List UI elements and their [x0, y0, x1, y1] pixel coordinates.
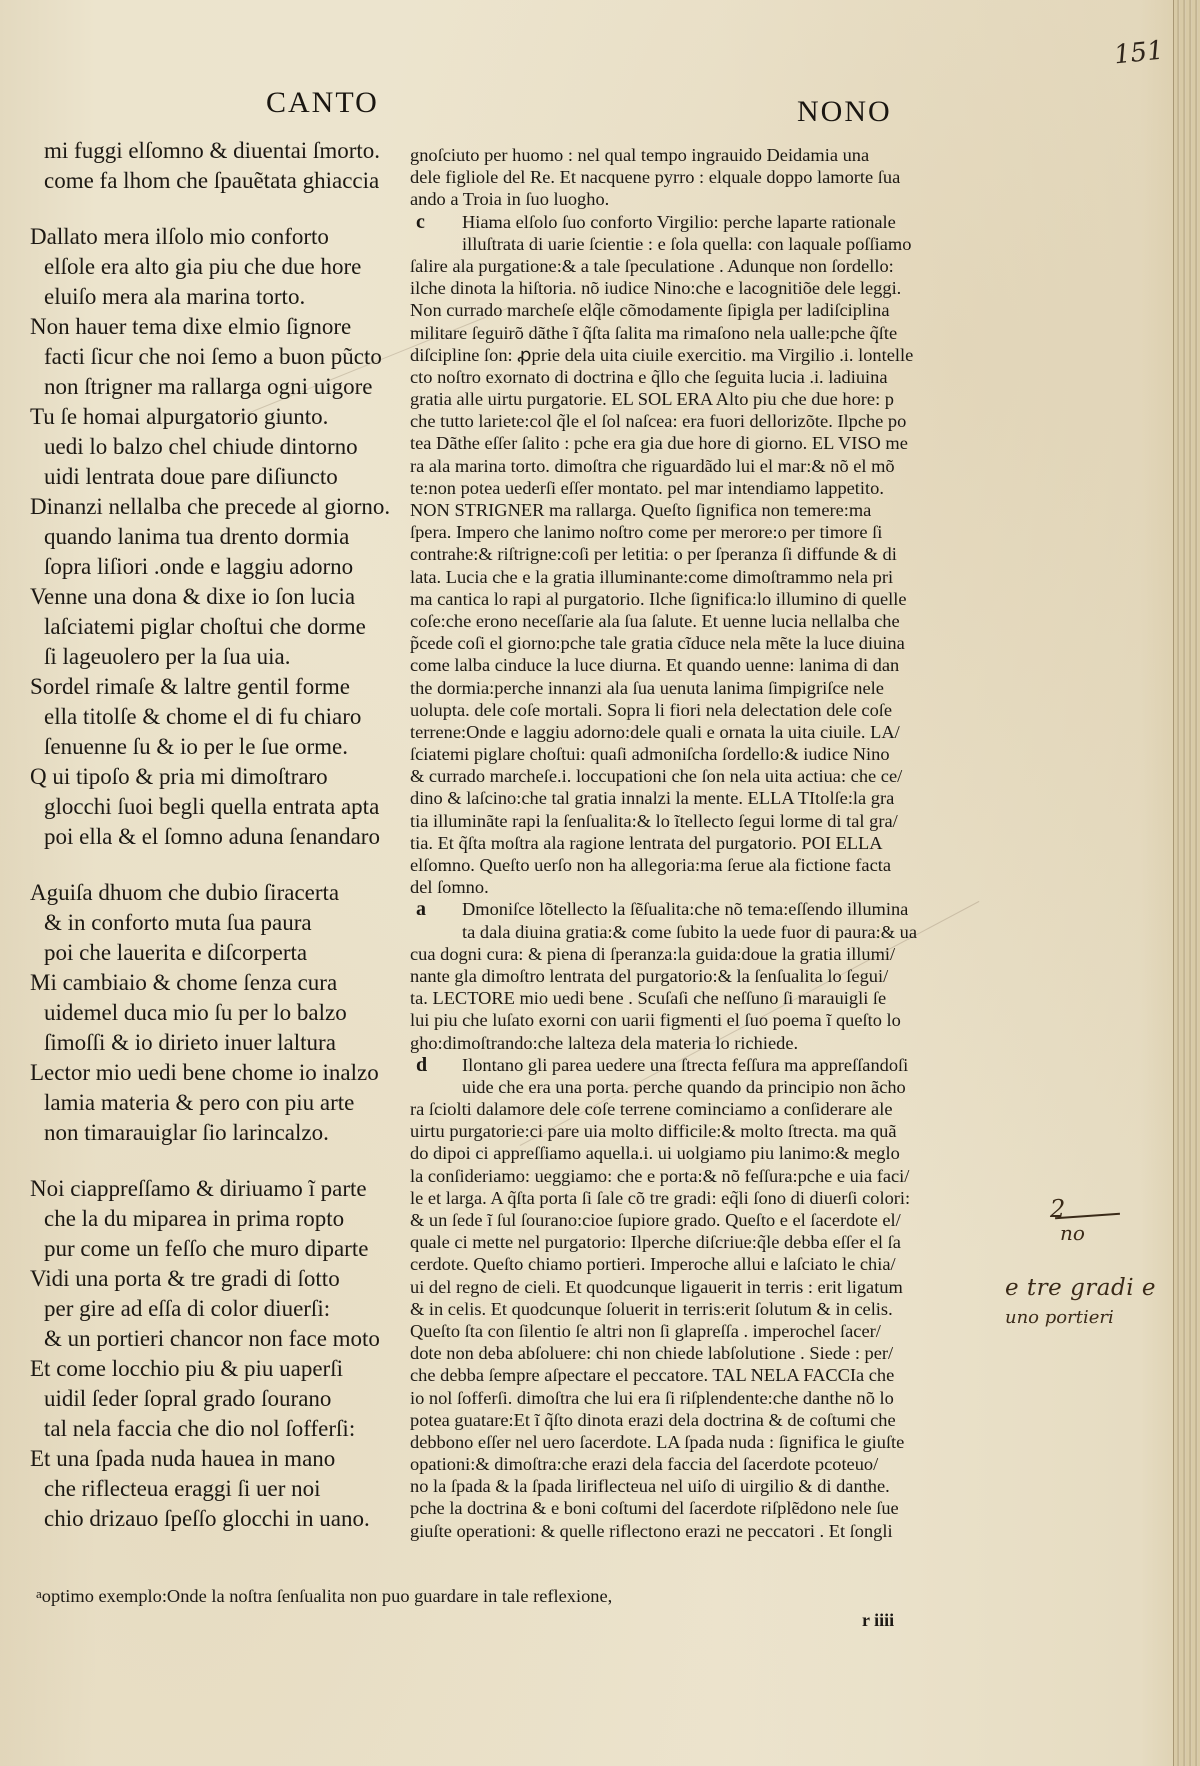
verse-line: ella titolſe & chome el di fu chiaro — [30, 702, 410, 732]
commentary-line: che debba ſempre aſpectare el peccatore.… — [410, 1364, 1010, 1386]
commentary-line: the dormia:perche innanzi ala ſua uenuta… — [410, 677, 1010, 699]
verse-line: eluiſo mera ala marina torto. — [30, 282, 410, 312]
verse-line: poi che lauerita e diſcorperta — [30, 938, 410, 968]
gloss-letter: a — [410, 898, 462, 920]
commentary-line: potea guatare:Et ĩ q̃ſto dinota erazi de… — [410, 1409, 1010, 1431]
verse-line: Tu ſe homai alpurgatorio giunto. — [30, 402, 410, 432]
commentary-line: p̃cede coſi el giorno:pche tale gratia c… — [410, 632, 1010, 654]
commentary-line: quale ci mette nel purgatorio: Ilperche … — [410, 1231, 1010, 1253]
commentary-line: ando a Troia in ſuo luogho. — [410, 188, 1010, 210]
commentary-line: & currado marcheſe.i. loccupationi che ſ… — [410, 765, 1010, 787]
verse-line: ſenuenne ſu & io per le ſue orme. — [30, 732, 410, 762]
commentary-line: ma cantica lo rapi al purgatorio. Ilche … — [410, 588, 1010, 610]
commentary-line: la conſideriamo: ueggiamo: che e porta:&… — [410, 1165, 1010, 1187]
verse-line: Non hauer tema dixe elmio ſignore — [30, 312, 410, 342]
verse-line: uidil ſeder ſopral grado ſourano — [30, 1384, 410, 1414]
verse-line: Noi ciappreſſamo & diriuamo ĩ parte — [30, 1174, 410, 1204]
verse-line: uedi lo balzo chel chiude dintorno — [30, 432, 410, 462]
commentary-line: gnoſciuto per huomo : nel qual tempo ing… — [410, 144, 1010, 166]
commentary-line: tia. Et q̃ſta moſtra ala ragione lentrat… — [410, 832, 1010, 854]
commentary-line: dino & laſcino:che tal gratia innalzi la… — [410, 787, 1010, 809]
commentary-line: cua dogni cura: & piena di ſperanza:la g… — [410, 943, 1010, 965]
verse-line: che riflecteua eraggi ſi uer noi — [30, 1474, 410, 1504]
commentary-line: te:non potea uederſi eſſer montato. pel … — [410, 477, 1010, 499]
tercet-gap — [30, 852, 410, 878]
commentary-line: ta dala diuina gratia:& come ſubito la u… — [410, 921, 1010, 943]
verse-line: lamia materia & pero con piu arte — [30, 1088, 410, 1118]
verse-line: ſopra liſiori .onde e laggiu adorno — [30, 552, 410, 582]
handwritten-marginalia: 2 no e tre gradi e uno portieri — [1005, 1195, 1185, 1335]
commentary-line: coſe:che erono neceſſarie ala ſua ſalute… — [410, 610, 1010, 632]
verse-line: per gire ad eſſa di color diuerſi: — [30, 1294, 410, 1324]
verse-line: Venne una dona & dixe io ſon lucia — [30, 582, 410, 612]
verse-line: Mi cambiaio & chome ſenza cura — [30, 968, 410, 998]
verse-line: glocchi ſuoi begli quella entrata apta — [30, 792, 410, 822]
folio-number: 151 — [1113, 35, 1166, 70]
verse-line: Aguiſa dhuom che dubio ſiracerta — [30, 878, 410, 908]
verse-line: tal nela faccia che dio nol ſofferſi: — [30, 1414, 410, 1444]
commentary-line: terrene:Onde e laggiu adorno:dele quali … — [410, 721, 1010, 743]
commentary-line: diſcipline ſon: ꝓprie dela uita ciuile e… — [410, 344, 1010, 366]
verse-line: laſciatemi piglar choſtui che dorme — [30, 612, 410, 642]
commentary-line: gho:dimoſtrando:che lalteza dela materia… — [410, 1032, 1010, 1054]
commentary-line: elſomno. Queſto uerſo non ha allegoria:m… — [410, 854, 1010, 876]
commentary-line: gratia alle uirtu purgatorie. EL SOL ERA… — [410, 388, 1010, 410]
commentary-line: giuſte operationi: & quelle riflectono e… — [410, 1520, 1010, 1542]
commentary-line: ra ala marina torto. dimoſtra che riguar… — [410, 455, 1010, 477]
commentary-line: contrahe:& riſtrigne:coſi per letitia: o… — [410, 543, 1010, 565]
commentary-line: cto noſtro exornato di doctrina e q̃llo … — [410, 366, 1010, 388]
verse-line: Vidi una porta & tre gradi di ſotto — [30, 1264, 410, 1294]
commentary-line: & in celis. Et quodcunque ſoluerit in te… — [410, 1298, 1010, 1320]
commentary-line: opationi:& dimoſtra:che erazi dela facci… — [410, 1453, 1010, 1475]
commentary-line: illuſtrata di uarie ſcientie : e ſola qu… — [410, 233, 1010, 255]
verse-line: Lector mio uedi bene chome io inalzo — [30, 1058, 410, 1088]
commentary-line: ilche dinota la hiſtoria. nõ iudice Nino… — [410, 277, 1010, 299]
commentary-line: io nol ſofferſi. dimoſtra che lui era ſi… — [410, 1387, 1010, 1409]
tercet-gap — [30, 1148, 410, 1174]
commentary-line: dele figliole del Re. Et nacquene pyrro … — [410, 166, 1010, 188]
marginalia-line-2: no — [1060, 1221, 1085, 1245]
verse-line: non timarauiglar ſio larincalzo. — [30, 1118, 410, 1148]
commentary-line: NON STRIGNER ma rallarga. Queſto ſignifi… — [410, 499, 1010, 521]
commentary-line: uirtu purgatorie:ci pare uia molto diffi… — [410, 1120, 1010, 1142]
verse-line: Dallato mera ilſolo mio conforto — [30, 222, 410, 252]
verse-line: non ſtrigner ma rallarga ogni uigore — [30, 372, 410, 402]
verse-line: chio drizauo ſpeſſo glocchi in uano. — [30, 1504, 410, 1534]
verse-column: mi fuggi elſomno & diuentai ſmorto.come … — [30, 136, 410, 1534]
commentary-line: ra ſciolti dalamore dele coſe terrene co… — [410, 1098, 1010, 1120]
verse-line: che la du miparea in prima ropto — [30, 1204, 410, 1234]
commentary-line: debbono eſſer nel uero ſacerdote. LA ſpa… — [410, 1431, 1010, 1453]
commentary-line: tea Dãthe eſſer ſalito : pche era gia du… — [410, 432, 1010, 454]
running-head-right: NONO — [797, 95, 892, 129]
gloss-start-line: cHiama elſolo ſuo conforto Virgilio: per… — [410, 211, 1010, 233]
commentary-line: dote non deba abſoluere: chi non chiede … — [410, 1342, 1010, 1364]
verse-line: Et una ſpada nuda hauea in mano — [30, 1444, 410, 1474]
verse-line: Dinanzi nellalba che precede al giorno. — [30, 492, 410, 522]
commentary-line: ſalire ala purgatione:& a tale ſpeculati… — [410, 255, 1010, 277]
gloss-letter: d — [410, 1054, 462, 1076]
verse-line: quando lanima tua drento dormia — [30, 522, 410, 552]
commentary-line: ſciatemi piglare choſtui: quaſi admoniſc… — [410, 743, 1010, 765]
commentary-line: ſpera. Impero che lanimo noſtro come per… — [410, 521, 1010, 543]
gloss-text: Hiama elſolo ſuo conforto Virgilio: perc… — [462, 212, 896, 232]
commentary-line: militare ſeguirõ dãthe ĩ q̃ſta ſalita ma… — [410, 322, 1010, 344]
commentary-line: cerdote. Queſto chiamo portieri. Imperoc… — [410, 1253, 1010, 1275]
commentary-line: & un ſede ĩ ſul ſourano:cioe ſupiore gra… — [410, 1209, 1010, 1231]
commentary-line: tia illuminãte rapi la ſenſualita:& lo ĩ… — [410, 810, 1010, 832]
verse-line: uidi lentrata doue pare diſiuncto — [30, 462, 410, 492]
commentary-line: pche la doctrina & e boni coſtumi del ſa… — [410, 1497, 1010, 1519]
verse-line: Et come locchio piu & piu uaperſi — [30, 1354, 410, 1384]
gloss-letter: c — [410, 211, 462, 233]
commentary-line: che tutto lariete:col q̃le el ſol naſcea… — [410, 410, 1010, 432]
commentary-line: ui del regno de cieli. Et quodcunque lig… — [410, 1276, 1010, 1298]
commentary-line: no la ſpada & la ſpada liriflecteua nel … — [410, 1475, 1010, 1497]
verse-line: pur come un feſſo che muro diparte — [30, 1234, 410, 1264]
gloss-start-line: aDmoniſce lõtellecto la ſẽſualita:che nõ… — [410, 898, 1010, 920]
gloss-text: Dmoniſce lõtellecto la ſẽſualita:che nõ … — [462, 899, 908, 919]
commentary-line: le et larga. A q̃ſta porta ſi ſale cõ tr… — [410, 1187, 1010, 1209]
verse-line: facti ſicur che noi ſemo a buon pũcto — [30, 342, 410, 372]
verse-line: poi ella & el ſomno aduna ſenandaro — [30, 822, 410, 852]
verse-line: uidemel duca mio ſu per lo balzo — [30, 998, 410, 1028]
commentary-line: lui piu che luſato exorni con uarii figm… — [410, 1009, 1010, 1031]
verse-line: mi fuggi elſomno & diuentai ſmorto. — [30, 136, 410, 166]
verse-line: ſimoſſi & io dirieto inuer laltura — [30, 1028, 410, 1058]
verse-line: come fa lhom che ſpauẽtata ghiaccia — [30, 166, 410, 196]
commentary-line: uide che era una porta. perche quando da… — [410, 1076, 1010, 1098]
verse-line: & un portieri chancor non face moto — [30, 1324, 410, 1354]
commentary-line: del ſomno. — [410, 876, 1010, 898]
commentary-line: Non currado marcheſe elq̃le cõmodamente … — [410, 299, 1010, 321]
commentary-closing-line: aoptimo exemplo:Onde la noſtra ſenſualit… — [36, 1586, 612, 1607]
running-head-left: CANTO — [266, 86, 379, 120]
verse-line: Q ui tipoſo & pria mi dimoſtraro — [30, 762, 410, 792]
verse-line: Sordel rimaſe & laltre gentil forme — [30, 672, 410, 702]
book-page: 151 CANTO NONO mi fuggi elſomno & diuent… — [0, 0, 1200, 1766]
commentary-line: ta. LECTORE mio uedi bene . Scuſaſi che … — [410, 987, 1010, 1009]
commentary-line: do dipoi ci appreſſiamo aquella.i. ui uo… — [410, 1142, 1010, 1164]
commentary-column: gnoſciuto per huomo : nel qual tempo ing… — [410, 144, 1010, 1542]
tercet-gap — [30, 196, 410, 222]
closing-text: optimo exemplo:Onde la noſtra ſenſualita… — [42, 1586, 612, 1606]
page-edge — [1173, 0, 1200, 1766]
commentary-line: nante gla dimoſtro lentrata del purgator… — [410, 965, 1010, 987]
commentary-line: lata. Lucia che e la gratia illuminante:… — [410, 566, 1010, 588]
signature-mark: r iiii — [862, 1610, 894, 1631]
marginalia-line-3: e tre gradi e — [1005, 1275, 1156, 1301]
gloss-text: Ilontano gli parea uedere una ſtrecta fe… — [462, 1055, 908, 1075]
verse-line: elſole era alto gia piu che due hore — [30, 252, 410, 282]
marginalia-line-4: uno portieri — [1005, 1307, 1114, 1328]
commentary-line: Queſto ſta con ſilentio ſe altri non ſi … — [410, 1320, 1010, 1342]
gloss-start-line: dIlontano gli parea uedere una ſtrecta f… — [410, 1054, 1010, 1076]
verse-line: ſi lageuolero per la ſua uia. — [30, 642, 410, 672]
commentary-line: uolupta. dele coſe mortali. Sopra li fio… — [410, 699, 1010, 721]
verse-line: & in conforto muta ſua paura — [30, 908, 410, 938]
commentary-line: come lalba cinduce la luce diurna. Et qu… — [410, 654, 1010, 676]
